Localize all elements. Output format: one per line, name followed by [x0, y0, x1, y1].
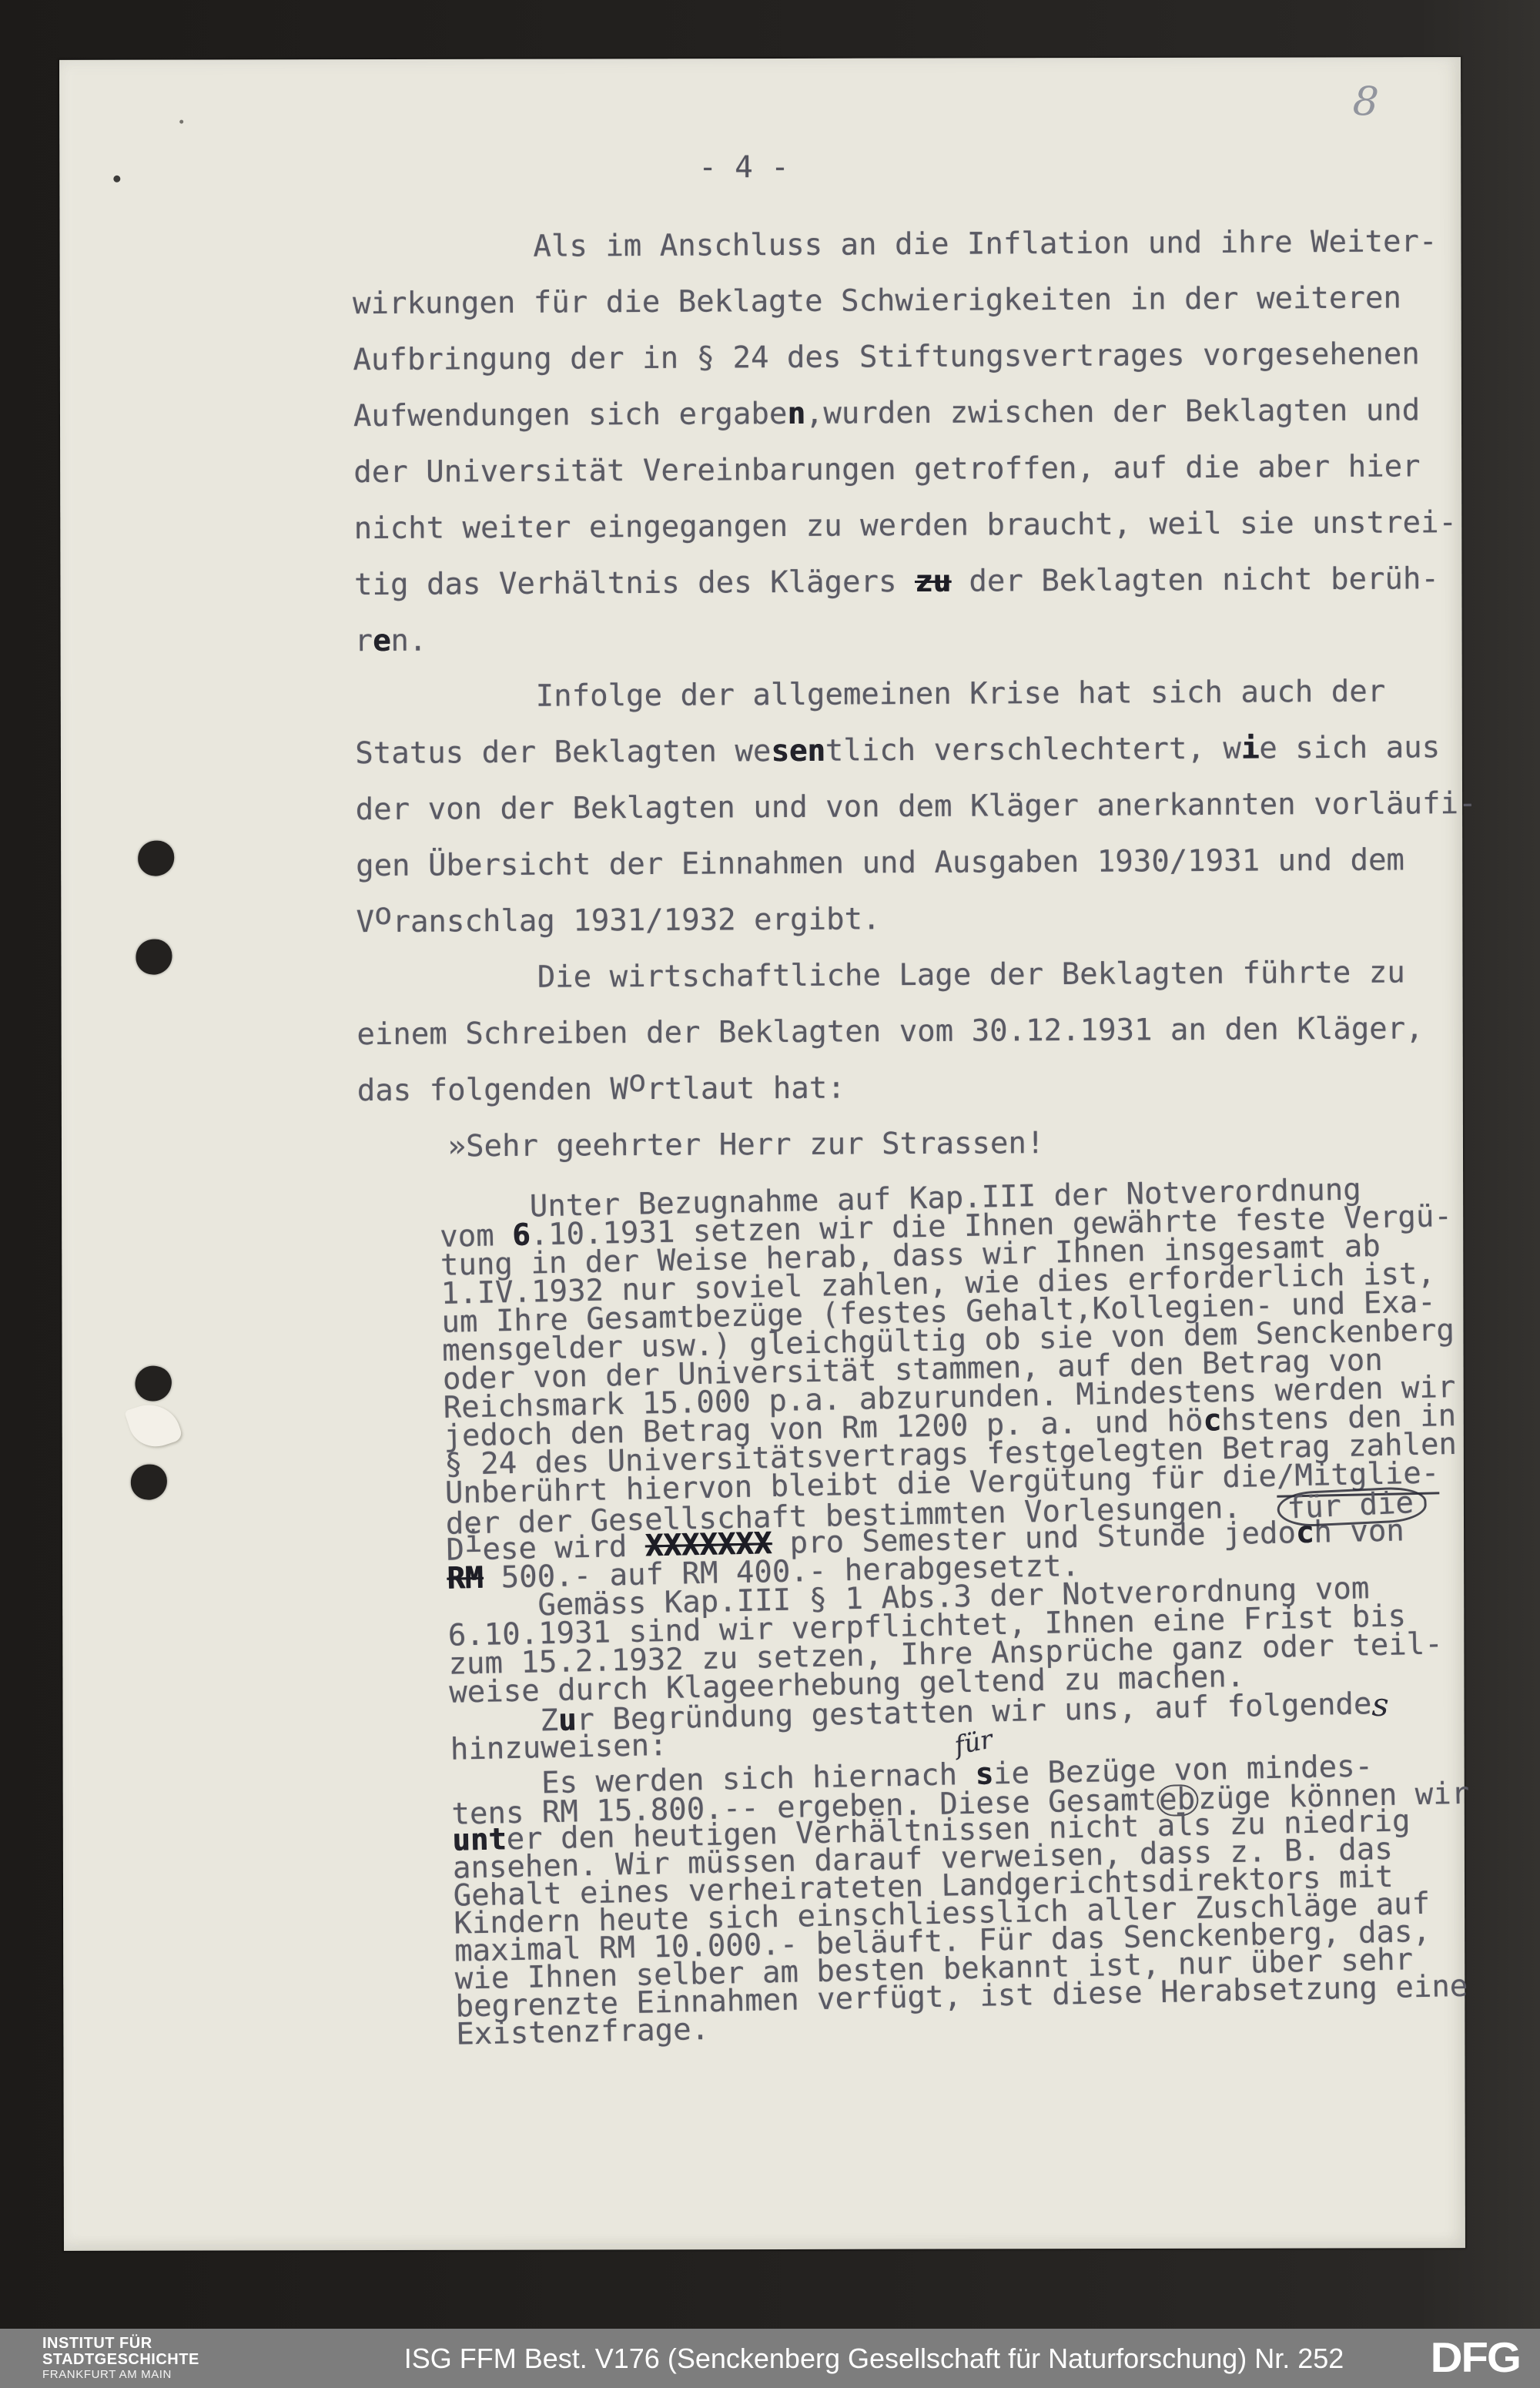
typed-segment: Die wirtschaftliche Lage der Beklagten f…: [357, 955, 1405, 996]
typed-line: einem Schreiben der Beklagten vom 30.12.…: [357, 1000, 1478, 1063]
typed-line: der von der Beklagten und von dem Kläger…: [356, 775, 1477, 838]
typed-line: nicht weiter eingegangen zu werden brauc…: [353, 494, 1475, 557]
typed-segment: das folgenden W: [357, 1072, 628, 1108]
typed-line: gen Übersicht der Einnahmen und Ausgaben…: [356, 832, 1477, 894]
typed-segment: hinzuweisen:: [450, 1728, 668, 1767]
typed-segment: einem Schreiben der Beklagten vom 30.12.…: [357, 1011, 1424, 1052]
typed-segment: »Sehr geehrter Herr zur Strassen!: [357, 1126, 1044, 1164]
page-number: - 4 -: [698, 152, 788, 183]
typed-segment: rtlaut hat:: [646, 1071, 845, 1107]
typed-main-text: Als im Anschluss an die Inflation und ih…: [352, 213, 1478, 1175]
typed-segment: ranschlag 1931/1932 ergibt.: [392, 902, 880, 939]
institute-logo: INSTITUT FÜR STADTGESCHICHTE FRANKFURT A…: [42, 2336, 199, 2382]
typed-segment: Aufwendungen sich ergabe: [353, 397, 788, 434]
typed-segment: der Universität Vereinbarungen getroffen…: [353, 449, 1421, 490]
ink-speck: [113, 176, 120, 183]
typed-line: Als im Anschluss an die Inflation und ih…: [352, 213, 1473, 276]
typed-segment: Als im Anschluss an die Inflation und ih…: [353, 224, 1438, 265]
typed-line: Die wirtschaftliche Lage der Beklagten f…: [357, 944, 1478, 1006]
punch-hole: [132, 1363, 174, 1404]
letter-part-b: Es werden sich hiernach fürsie Bezüge vo…: [450, 1751, 1474, 2049]
typed-segment: n.: [390, 624, 427, 658]
typed-line: wirkungen für die Beklagte Schwierigkeit…: [353, 270, 1474, 332]
typed-segment: Status der Beklagten we: [355, 734, 771, 771]
punch-hole: [138, 841, 174, 876]
typed-segment: r: [354, 624, 373, 658]
typed-segment: n: [787, 397, 805, 431]
typed-segment: zu: [915, 564, 951, 599]
typed-segment: V: [356, 905, 374, 939]
typed-line: »Sehr geehrter Herr zur Strassen!: [357, 1113, 1478, 1175]
footer-bar: INSTITUT FÜR STADTGESCHICHTE FRANKFURT A…: [0, 2329, 1540, 2388]
typed-segment: der Beklagten nicht berüh-: [951, 561, 1439, 599]
typed-segment: e sich aus: [1259, 730, 1440, 765]
institute-logo-line: STADTGESCHICHTE: [42, 2352, 199, 2368]
handwritten-correction: s: [1371, 1690, 1388, 1720]
typed-line: tig das Verhältnis des Klägers zu der Be…: [354, 551, 1475, 613]
typed-segment: sen: [771, 734, 825, 769]
institute-logo-line: FRANKFURT AM MAIN: [42, 2368, 199, 2382]
typed-segment: Aufbringung der in § 24 des Stiftungsver…: [353, 337, 1420, 377]
typed-line: Aufwendungen sich ergaben,wurden zwische…: [353, 382, 1475, 444]
typed-segment: o: [374, 886, 393, 943]
typed-segment: gen Übersicht der Einnahmen und Ausgaben…: [356, 842, 1404, 883]
paper-chip: [124, 1396, 183, 1453]
typed-segment: o: [628, 1053, 647, 1110]
typed-line: Voranschlag 1931/1932 ergibt.: [356, 888, 1477, 950]
typed-line: der Universität Vereinbarungen getroffen…: [353, 438, 1475, 501]
typed-segment: ,wurden zwischen der Beklagten und: [805, 393, 1421, 430]
typed-segment: Existenzfrage.: [456, 2012, 710, 2052]
typed-line: Status der Beklagten wesentlich verschle…: [355, 719, 1476, 782]
handwritten-folio-number: 8: [1351, 78, 1380, 126]
punch-hole: [131, 1465, 167, 1500]
typed-line: Infolge der allgemeinen Krise hat sich a…: [355, 663, 1476, 725]
ink-speck: [179, 120, 183, 124]
punch-hole: [136, 939, 172, 975]
typed-segment: tig das Verhältnis des Klägers: [354, 564, 915, 602]
typed-letter-text: Unter Bezugnahme auf Kap.III der Notvero…: [439, 1174, 1474, 2049]
typed-line: Aufbringung der in § 24 des Stiftungsver…: [353, 326, 1474, 388]
typed-segment: Infolge der allgemeinen Krise hat sich a…: [355, 675, 1386, 715]
typed-segment: nicht weiter eingegangen zu werden brauc…: [354, 505, 1458, 546]
typed-segment: der von der Beklagten und von dem Kläger…: [356, 786, 1477, 827]
scan-background: 8 - 4 - Als im Anschluss an die Inflatio…: [0, 0, 1540, 2388]
archive-reference: ISG FFM Best. V176 (Senckenberg Gesellsc…: [404, 2343, 1344, 2375]
institute-logo-line: INSTITUT FÜR: [42, 2336, 199, 2352]
typed-line: das folgenden Wortlaut hat:: [357, 1057, 1478, 1119]
typed-segment: tlich verschlechtert, w: [825, 732, 1241, 769]
typed-segment: i: [464, 1528, 482, 1556]
typed-segment: i: [1241, 732, 1260, 766]
typed-segment: e: [373, 624, 391, 658]
typed-segment: wirkungen für die Beklagte Schwierigkeit…: [353, 281, 1401, 322]
document-page: 8 - 4 - Als im Anschluss an die Inflatio…: [59, 57, 1465, 2251]
letter-part-a: Unter Bezugnahme auf Kap.III der Notvero…: [439, 1174, 1468, 1764]
handwritten-word: für: [952, 1725, 995, 1760]
dfg-logo: DFG: [1431, 2333, 1520, 2382]
typed-line: ren.: [354, 607, 1475, 669]
